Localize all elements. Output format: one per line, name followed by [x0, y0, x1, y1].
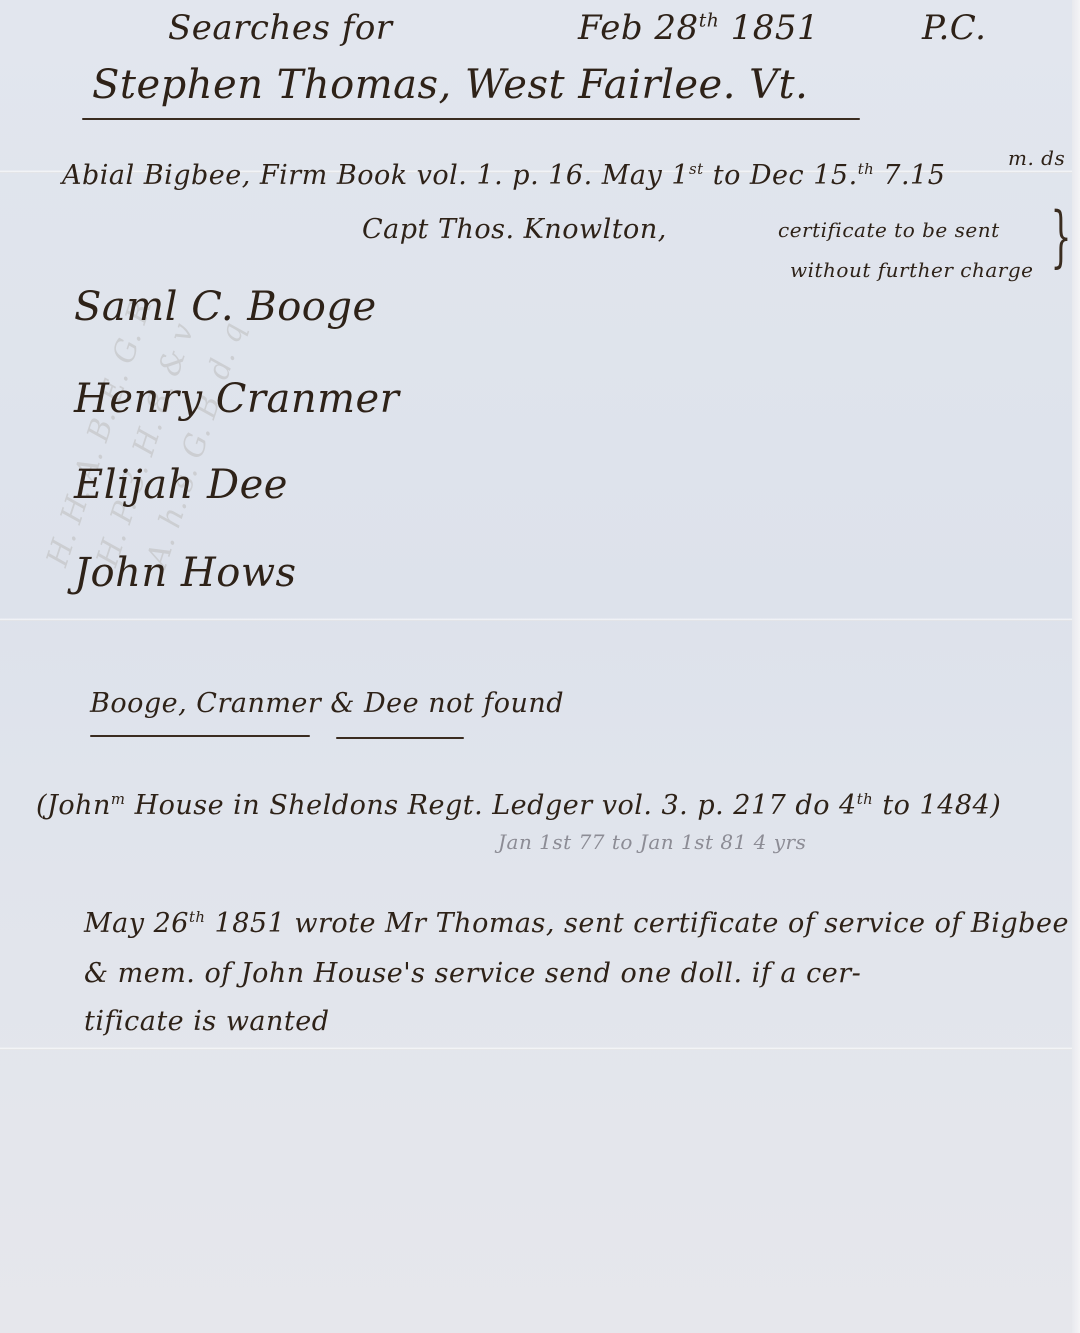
bigbee-entry-line: Abial Bigbee, Firm Book vol. 1. p. 16. M… [62, 160, 945, 191]
house-text: House in Sheldons Regt. Ledger vol. 3. p… [125, 790, 856, 821]
not-found-note: Booge, Cranmer & Dee not found [90, 688, 564, 719]
pencil-note: Jan 1st 77 to Jan 1st 81 4 yrs [498, 830, 806, 854]
sup: m [111, 790, 126, 808]
name-item: Saml C. Booge [74, 284, 377, 330]
bigbee-text: Abial Bigbee, Firm Book vol. 1. p. 16. M… [62, 160, 689, 191]
bigbee-text: 7.15 [874, 160, 945, 191]
document-paper: H. H. A. B. E. G. R H. P. 3. H. 8. & v A… [0, 0, 1080, 1333]
underline [90, 735, 310, 737]
brace-mark: } [1051, 198, 1072, 275]
date-year: 1851 [731, 8, 820, 48]
bigbee-text: to Dec 15. [704, 160, 858, 191]
closing-note-line-2: & mem. of John House's service send one … [84, 958, 861, 989]
certificate-note-2: without further charge [790, 258, 1033, 282]
header-searches-for: Searches for [168, 8, 393, 48]
sup: th [189, 908, 206, 926]
name-item: Elijah Dee [74, 462, 288, 508]
name-item: John Hows [74, 550, 297, 596]
sup: th [857, 790, 874, 808]
fold-line [0, 618, 1072, 621]
closing-text: 1851 wrote Mr Thomas, sent certificate o… [205, 908, 1068, 939]
closing-note-line-1: May 26th 1851 wrote Mr Thomas, sent cert… [84, 908, 1069, 939]
units-sup: m. ds [1008, 146, 1065, 170]
date-sup: th [699, 11, 720, 32]
captain-line: Capt Thos. Knowlton, [362, 214, 667, 245]
header-claimant: Stephen Thomas, West Fairlee. Vt. [92, 62, 808, 108]
house-text: (John [36, 790, 111, 821]
certificate-note-1: certificate to be sent [778, 218, 1000, 242]
name-item: Henry Cranmer [74, 376, 399, 422]
sup: st [689, 160, 704, 178]
corner-mark: P.C. [922, 8, 986, 48]
closing-note-line-3: tificate is wanted [84, 1006, 330, 1037]
sup: th [858, 160, 875, 178]
house-entry: (Johnm House in Sheldons Regt. Ledger vo… [36, 790, 1001, 821]
underline [336, 737, 464, 739]
fold-line [0, 1047, 1072, 1050]
underline [380, 118, 860, 120]
date-text: Feb 28 [578, 8, 699, 48]
underline [82, 118, 382, 120]
house-text: to 1484) [873, 790, 1001, 821]
header-date: Feb 28th 1851 [578, 8, 819, 48]
closing-text: May 26 [84, 908, 189, 939]
